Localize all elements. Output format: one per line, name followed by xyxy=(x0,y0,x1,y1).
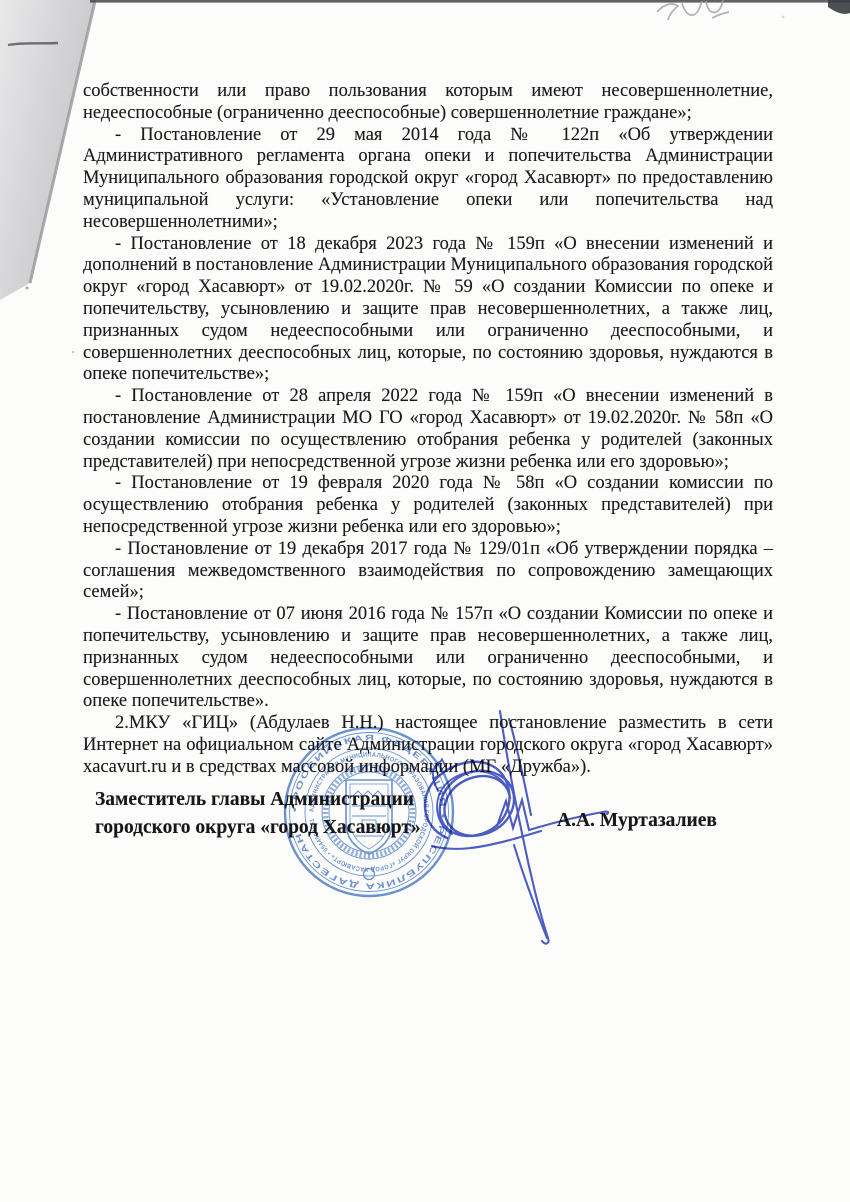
handwritten-signature xyxy=(0,0,850,1202)
scanned-document-page: собственности или право пользования кото… xyxy=(0,0,850,1202)
